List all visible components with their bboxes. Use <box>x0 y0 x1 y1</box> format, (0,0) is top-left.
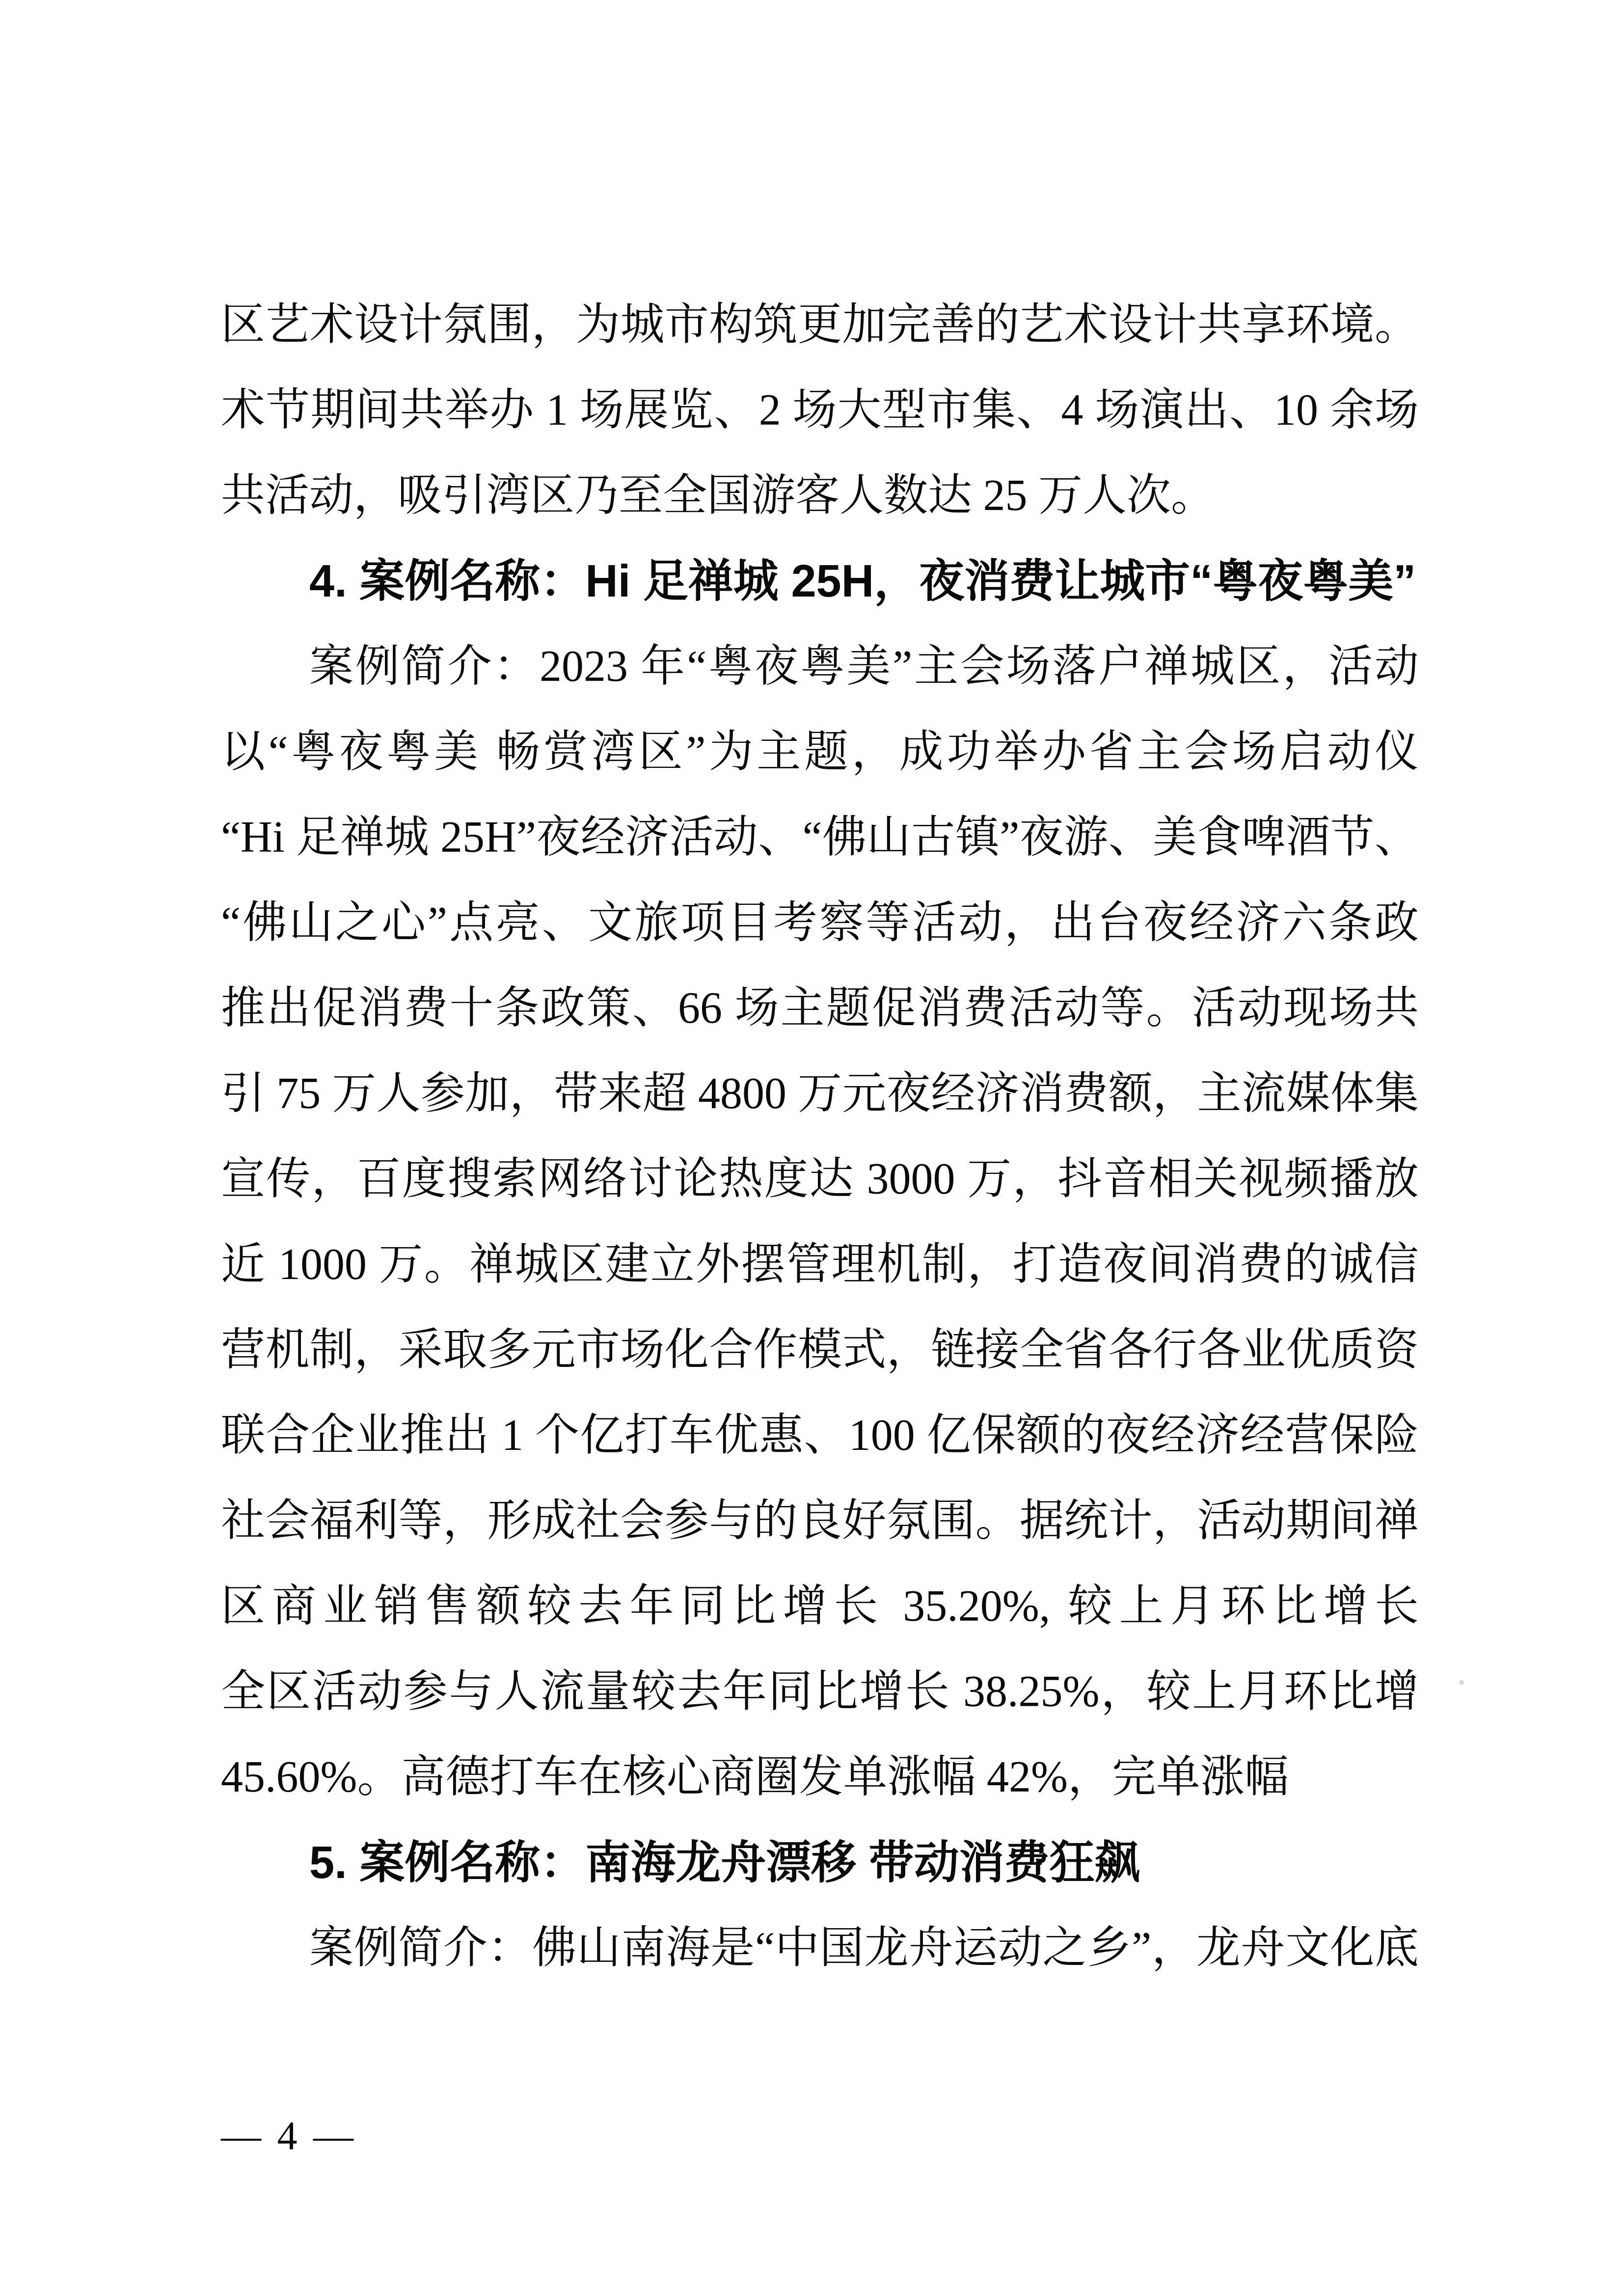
case-heading: 5. 案例名称：南海龙舟漂移 带动消费狂飙 <box>221 1820 1419 1906</box>
text-line: 全区活动参与人流量较去年同比增长 38.25%，较上月环比增长 <box>221 1649 1419 1735</box>
text-line: 区艺术设计氛围，为城市构筑更加完善的艺术设计共享环境。艺 <box>221 282 1419 368</box>
text-line: 以“粤夜粤美 畅赏湾区”为主题，成功举办省主会场启动仪式、 <box>221 709 1419 795</box>
document-body: 区艺术设计氛围，为城市构筑更加完善的艺术设计共享环境。艺术节期间共举办 1 场展… <box>221 282 1419 1991</box>
text-line: 近 1000 万。禅城区建立外摆管理机制，打造夜间消费的诚信经 <box>221 1222 1419 1307</box>
page-number: — 4 — <box>221 2106 356 2165</box>
document-page: 区艺术设计氛围，为城市构筑更加完善的艺术设计共享环境。艺术节期间共举办 1 场展… <box>0 0 1624 2288</box>
text-line: 45.60%。高德打车在核心商圈发单涨幅 42%，完单涨幅 31%。 <box>221 1735 1419 1820</box>
case-heading: 4. 案例名称：Hi 足禅城 25H，夜消费让城市“粤夜粤美” <box>221 539 1419 624</box>
text-line: 营机制，采取多元市场化合作模式，链接全省各行各业优质资源， <box>221 1307 1419 1393</box>
text-line: 宣传，百度搜索网络讨论热度达 3000 万，抖音相关视频播放量 <box>221 1137 1419 1222</box>
text-line: “佛山之心”点亮、文旅项目考察等活动，出台夜经济六条政策， <box>221 880 1419 966</box>
text-line: 案例简介：佛山南海是“中国龙舟运动之乡”，龙舟文化底 <box>221 1906 1419 1991</box>
text-line: “Hi 足禅城 25H”夜经济活动、“佛山古镇”夜游、美食啤酒节、 <box>221 795 1419 880</box>
text-line: 案例简介：2023 年“粤夜粤美”主会场落户禅城区，活动 <box>221 624 1419 709</box>
text-line: 联合企业推出 1 个亿打车优惠、100 亿保额的夜经济经营保险等 <box>221 1393 1419 1478</box>
text-line: 区商业销售额较去年同比增长 35.20%, 较上月环比增长 33.46%; <box>221 1564 1419 1649</box>
text-line: 术节期间共举办 1 场展览、2 场大型市集、4 场演出、10 余场公 <box>221 368 1419 453</box>
text-line: 引 75 万人参加，带来超 4800 万元夜经济消费额，主流媒体集中 <box>221 1051 1419 1137</box>
text-line: 共活动，吸引湾区乃至全国游客人数达 25 万人次。 <box>221 453 1419 539</box>
scan-artifact <box>1459 1680 1464 1685</box>
text-line: 社会福利等，形成社会参与的良好氛围。据统计，活动期间禅城 <box>221 1478 1419 1564</box>
text-line: 推出促消费十条政策、66 场主题促消费活动等。活动现场共吸 <box>221 966 1419 1051</box>
